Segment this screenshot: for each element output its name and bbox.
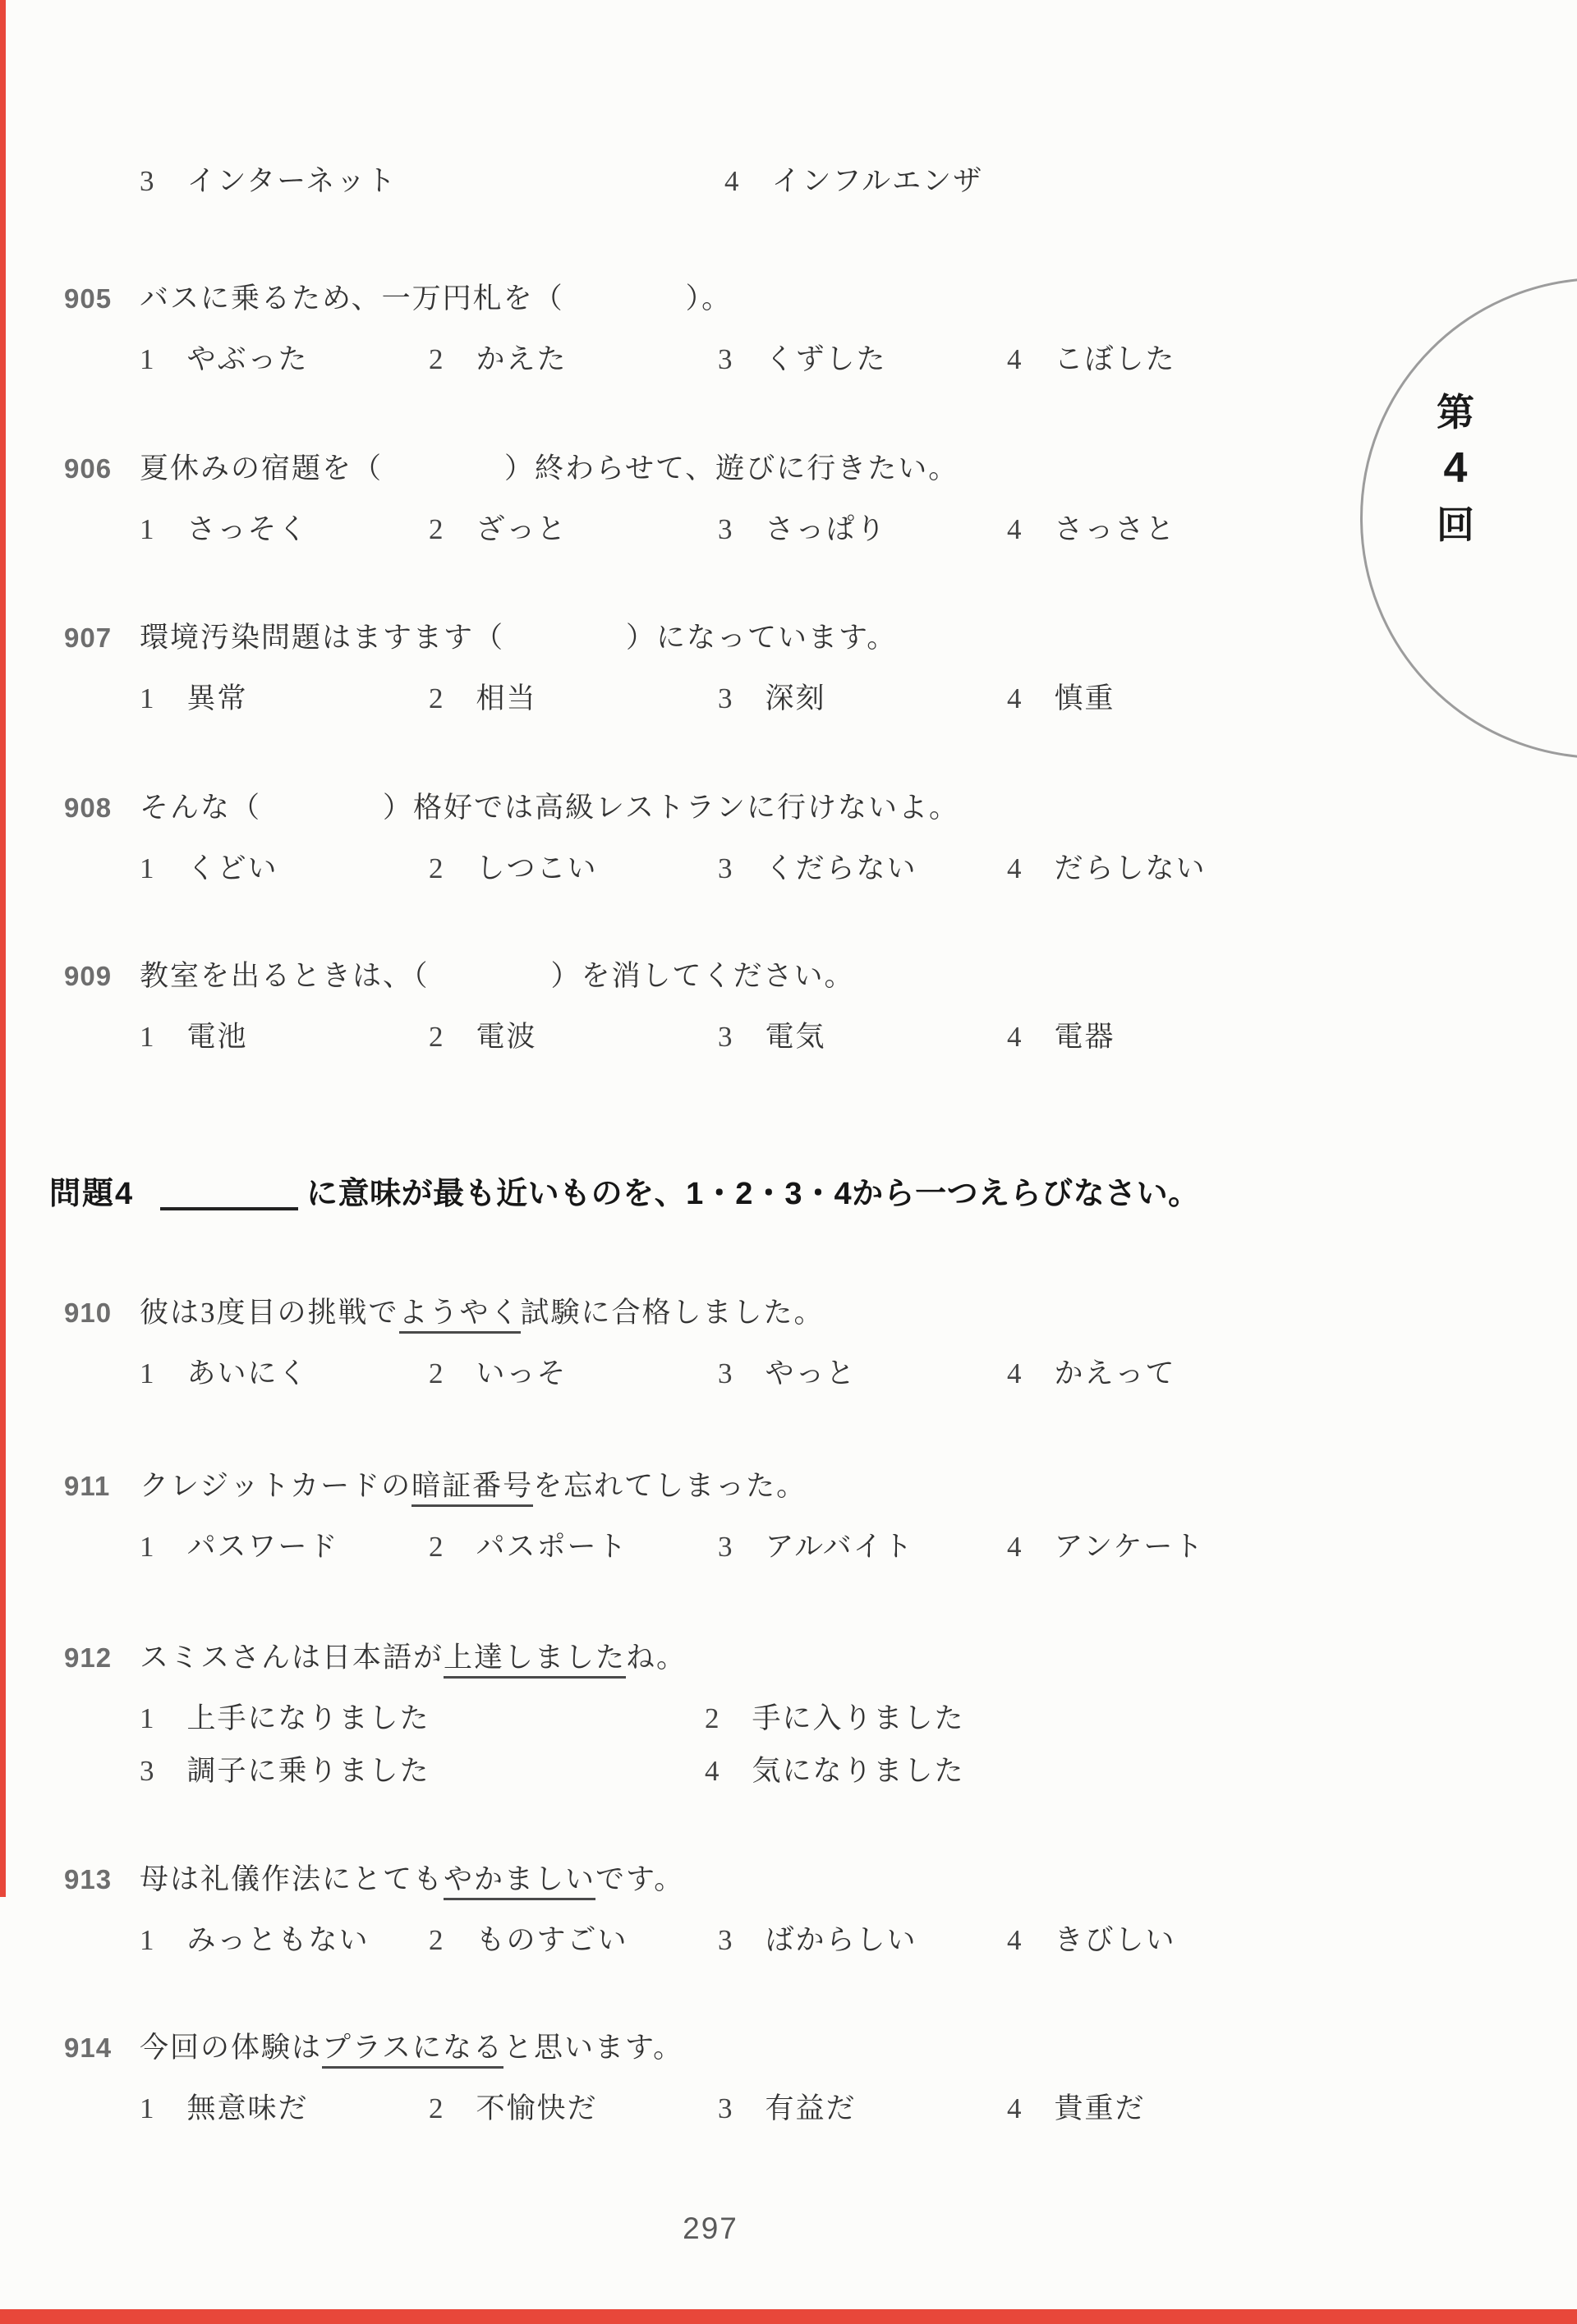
question-row: 911 クレジットカードの暗証番号を忘れてしまった。 (64, 1467, 1345, 1506)
question-sentence: 母は礼儀作法にとてもやかましいです。 (140, 1860, 684, 1899)
question-number: 905 (64, 279, 140, 319)
option-item: 1無意味だ (140, 2090, 429, 2128)
option-label: さっぱり (766, 511, 887, 549)
option-number: 2 (705, 1700, 720, 1738)
question-row: 905 バスに乗るため、一万円札を（ ）。 (64, 279, 1345, 319)
option-item: 1上手になりました (140, 1700, 705, 1738)
sentence-text: 今回の体験は (140, 2032, 322, 2064)
question-sentence: 夏休みの宿題を（ ）終わらせて、遊びに行きたい。 (140, 449, 959, 489)
option-item: 3電気 (718, 1018, 1007, 1056)
underlined-phrase: ようやく (399, 1297, 521, 1334)
option-item: 3くずした (718, 341, 1007, 379)
option-label: さっそく (187, 511, 309, 549)
option-label: さっさと (1055, 511, 1176, 549)
option-label: アルバイト (766, 1528, 914, 1566)
option-number: 2 (429, 1922, 444, 1959)
question-sentence: 環境汚染問題はますます（ ）になっています。 (140, 618, 897, 658)
option-number: 4 (1007, 1528, 1022, 1566)
option-label: 手に入りました (752, 1700, 965, 1738)
question-sentence: クレジットカードの暗証番号を忘れてしまった。 (140, 1467, 807, 1506)
sentence-text: 教室を出るときは、（ ）を消してください。 (140, 960, 855, 992)
options-row: 1パスワード2パスポート3アルバイト4アンケート (64, 1528, 1345, 1566)
options-row: 1上手になりました2手に入りました (64, 1700, 1345, 1738)
option-number: 1 (140, 341, 154, 379)
tab-char: 4 (1423, 441, 1488, 497)
option-rows: 1みっともない2ものすごい3ばからしい4きびしい (64, 1922, 1345, 1959)
option-label: 異常 (187, 680, 248, 718)
option-label: しつこい (476, 850, 598, 888)
option-label: インターネット (187, 163, 398, 200)
option-label: ばからしい (766, 1922, 917, 1959)
option-item: 4かえって (1007, 1355, 1176, 1393)
option-number: 3 (718, 1355, 733, 1393)
option-item: 3やっと (718, 1355, 1007, 1393)
option-label: あいにく (187, 1355, 309, 1393)
question-sentence: 彼は3度目の挑戦でようやく試験に合格しました。 (140, 1293, 825, 1333)
section-instruction: に意味が最も近いものを、1・2・3・4から一つえらびなさい。 (306, 1173, 1200, 1215)
question-number: 914 (64, 2028, 140, 2068)
question-number: 909 (64, 957, 140, 996)
option-number: 2 (429, 850, 444, 888)
section-label: 問題4 (49, 1173, 134, 1215)
scanned-test-page: { "page": { "number": "297" }, "side_tab… (0, 0, 1577, 2324)
sentence-text: スミスさんは日本語が (140, 1642, 444, 1674)
option-number: 2 (429, 1018, 444, 1056)
option-item: 3深刻 (718, 680, 1007, 718)
question-block: 911 クレジットカードの暗証番号を忘れてしまった。 1パスワード2パスポート3… (64, 1467, 1345, 1566)
option-number: 3 (718, 680, 733, 718)
sentence-text: と思います。 (503, 2032, 683, 2064)
option-item: 1あいにく (140, 1355, 429, 1393)
option-label: インフルエンザ (772, 163, 984, 200)
option-item: 2相当 (429, 680, 718, 718)
option-item: 3くだらない (718, 850, 1007, 888)
page-number: 297 (632, 2211, 788, 2246)
option-rows: 1くどい2しつこい3くだらない4だらしない (64, 850, 1345, 888)
option-number: 4 (1007, 850, 1022, 888)
option-label: パスポート (476, 1528, 628, 1566)
option-number: 4 (705, 1752, 720, 1790)
option-item: 4さっさと (1007, 511, 1176, 549)
question-block: 906 夏休みの宿題を（ ）終わらせて、遊びに行きたい。 1さっそく2ざっと3さ… (64, 449, 1345, 549)
option-item: 4きびしい (1007, 1922, 1176, 1959)
option-number: 3 (140, 1752, 154, 1790)
option-item: 2いっそ (429, 1355, 718, 1393)
option-item: 2手に入りました (705, 1700, 1270, 1738)
option-label: やぶった (187, 341, 309, 379)
option-item: 4インフルエンザ (724, 163, 1309, 200)
sentence-text: を忘れてしまった。 (533, 1470, 807, 1502)
option-label: 電池 (187, 1018, 248, 1056)
option-rows: 1やぶった2かえた3くずした4こぼした (64, 341, 1345, 379)
sentence-text: 夏休みの宿題を（ ）終わらせて、遊びに行きたい。 (140, 452, 959, 485)
option-item: 4貴重だ (1007, 2090, 1146, 2128)
question-block: 907 環境汚染問題はますます（ ）になっています。 1異常2相当3深刻4慎重 (64, 618, 1345, 718)
option-number: 2 (429, 1528, 444, 1566)
question-number: 911 (64, 1467, 140, 1506)
question-row: 913 母は礼儀作法にとてもやかましいです。 (64, 1860, 1345, 1899)
option-number: 4 (1007, 341, 1022, 379)
option-item: 2ざっと (429, 511, 718, 549)
option-rows: 1無意味だ2不愉快だ3有益だ4貴重だ (64, 2090, 1345, 2128)
option-item: 3さっぱり (718, 511, 1007, 549)
option-item: 4こぼした (1007, 341, 1176, 379)
option-number: 1 (140, 1355, 154, 1393)
option-label: 電器 (1055, 1018, 1115, 1056)
option-label: 上手になりました (187, 1700, 430, 1738)
option-item: 1みっともない (140, 1922, 429, 1959)
question-number: 913 (64, 1860, 140, 1899)
option-item: 2ものすごい (429, 1922, 718, 1959)
options-row: 1あいにく2いっそ3やっと4かえって (64, 1355, 1345, 1393)
option-number: 2 (429, 341, 444, 379)
option-item: 4だらしない (1007, 850, 1207, 888)
option-number: 2 (429, 511, 444, 549)
option-label: パスワード (187, 1528, 339, 1566)
option-item: 1電池 (140, 1018, 429, 1056)
left-edge-bar (0, 0, 6, 1897)
options-row: 3調子に乗りました4気になりました (64, 1752, 1345, 1790)
option-number: 3 (718, 2090, 733, 2128)
option-rows: 1上手になりました2手に入りました3調子に乗りました4気になりました (64, 1700, 1345, 1790)
option-label: 電波 (476, 1018, 537, 1056)
carryover-options-row: 3インターネット4インフルエンザ (140, 163, 1309, 200)
option-label: アンケート (1055, 1528, 1205, 1566)
question-number: 906 (64, 449, 140, 489)
option-number: 3 (718, 1922, 733, 1959)
option-item: 4慎重 (1007, 680, 1115, 718)
question-row: 908 そんな（ ）格好では高級レストランに行けないよ。 (64, 788, 1345, 828)
option-rows: 1電池2電波3電気4電器 (64, 1018, 1345, 1056)
option-rows: 1異常2相当3深刻4慎重 (64, 680, 1345, 718)
option-label: 慎重 (1055, 680, 1115, 718)
options-row: 1くどい2しつこい3くだらない4だらしない (64, 850, 1345, 888)
bottom-edge-bar (0, 2309, 1577, 2324)
option-label: かえた (476, 341, 568, 379)
option-number: 3 (718, 511, 733, 549)
option-label: だらしない (1055, 850, 1207, 888)
option-number: 1 (140, 680, 154, 718)
option-item: 2不愉快だ (429, 2090, 718, 2128)
options-row: 1さっそく2ざっと3さっぱり4さっさと (64, 511, 1345, 549)
option-number: 3 (718, 341, 733, 379)
sentence-text: 母は礼儀作法にとても (140, 1863, 444, 1895)
option-number: 2 (429, 680, 444, 718)
option-number: 3 (718, 1018, 733, 1056)
sentence-text: 彼は3度目の挑戦で (140, 1297, 399, 1329)
option-number: 1 (140, 1018, 154, 1056)
question-row: 906 夏休みの宿題を（ ）終わらせて、遊びに行きたい。 (64, 449, 1345, 489)
option-item: 2パスポート (429, 1528, 718, 1566)
option-label: くだらない (766, 850, 917, 888)
question-block: 914 今回の体験はプラスになると思います。 1無意味だ2不愉快だ3有益だ4貴重… (64, 2028, 1345, 2128)
sentence-text: ね。 (626, 1642, 687, 1674)
blank-underline (160, 1179, 298, 1210)
option-label: くどい (187, 850, 278, 888)
option-number: 1 (140, 850, 154, 888)
option-label: 深刻 (766, 680, 826, 718)
option-number: 4 (1007, 680, 1022, 718)
question-block: 905 バスに乗るため、一万円札を（ ）。 1やぶった2かえた3くずした4こぼし… (64, 279, 1345, 379)
option-item: 4電器 (1007, 1018, 1115, 1056)
question-block: 909 教室を出るときは、（ ）を消してください。 1電池2電波3電気4電器 (64, 957, 1345, 1056)
option-label: ものすごい (476, 1922, 628, 1959)
option-label: ざっと (476, 511, 568, 549)
option-label: 相当 (476, 680, 537, 718)
question-sentence: 教室を出るときは、（ ）を消してください。 (140, 957, 855, 996)
option-label: かえって (1055, 1355, 1176, 1393)
option-label: やっと (766, 1355, 857, 1393)
underlined-phrase: 上達しました (444, 1642, 626, 1679)
option-item: 4気になりました (705, 1752, 1270, 1790)
question-number: 908 (64, 788, 140, 828)
option-label: 貴重だ (1055, 2090, 1146, 2128)
option-label: いっそ (476, 1355, 568, 1393)
option-item: 1やぶった (140, 341, 429, 379)
underlined-phrase: プラスになる (322, 2032, 503, 2069)
option-number: 3 (718, 850, 733, 888)
options-row: 1やぶった2かえた3くずした4こぼした (64, 341, 1345, 379)
option-item: 1さっそく (140, 511, 429, 549)
question-sentence: バスに乗るため、一万円札を（ ）。 (140, 279, 732, 319)
option-number: 4 (1007, 1018, 1022, 1056)
question-block: 913 母は礼儀作法にとてもやかましいです。 1みっともない2ものすごい3ばから… (64, 1860, 1345, 1959)
question-number: 910 (64, 1293, 140, 1333)
option-item: 1パスワード (140, 1528, 429, 1566)
option-item: 1くどい (140, 850, 429, 888)
option-rows: 1あいにく2いっそ3やっと4かえって (64, 1355, 1345, 1393)
option-number: 3 (718, 1528, 733, 1566)
underlined-phrase: やかましい (444, 1863, 595, 1900)
question-block: 910 彼は3度目の挑戦でようやく試験に合格しました。 1あいにく2いっそ3やっ… (64, 1293, 1345, 1393)
option-number: 2 (429, 2090, 444, 2128)
option-number: 4 (724, 163, 739, 200)
option-number: 4 (1007, 511, 1022, 549)
option-label: きびしい (1055, 1922, 1176, 1959)
section-header: 問題4 に意味が最も近いものを、1・2・3・4から一つえらびなさい。 (49, 1173, 1446, 1215)
option-label: くずした (766, 341, 887, 379)
option-number: 1 (140, 1528, 154, 1566)
option-number: 3 (140, 163, 154, 200)
option-label: 無意味だ (187, 2090, 309, 2128)
round-tab-label: 第4回 (1423, 384, 1488, 553)
question-block: 912 スミスさんは日本語が上達しましたね。 1上手になりました2手に入りました… (64, 1638, 1345, 1790)
question-row: 914 今回の体験はプラスになると思います。 (64, 2028, 1345, 2068)
option-item: 3ばからしい (718, 1922, 1007, 1959)
question-sentence: スミスさんは日本語が上達しましたね。 (140, 1638, 687, 1678)
options-row: 1電池2電波3電気4電器 (64, 1018, 1345, 1056)
question-block: 908 そんな（ ）格好では高級レストランに行けないよ。 1くどい2しつこい3く… (64, 788, 1345, 888)
option-rows: 1さっそく2ざっと3さっぱり4さっさと (64, 511, 1345, 549)
options-row: 1無意味だ2不愉快だ3有益だ4貴重だ (64, 2090, 1345, 2128)
option-item: 1異常 (140, 680, 429, 718)
option-item: 3調子に乗りました (140, 1752, 705, 1790)
option-item: 2電波 (429, 1018, 718, 1056)
option-item: 4アンケート (1007, 1528, 1204, 1566)
option-item: 3アルバイト (718, 1528, 1007, 1566)
sentence-text: です。 (595, 1863, 684, 1895)
question-row: 907 環境汚染問題はますます（ ）になっています。 (64, 618, 1345, 658)
option-label: みっともない (187, 1922, 370, 1959)
sentence-text: そんな（ ）格好では高級レストランに行けないよ。 (140, 792, 959, 824)
option-number: 4 (1007, 1355, 1022, 1393)
options-row: 1異常2相当3深刻4慎重 (64, 680, 1345, 718)
tab-char: 第 (1423, 384, 1488, 441)
sentence-text: クレジットカードの (140, 1470, 411, 1502)
question-number: 907 (64, 618, 140, 658)
option-number: 2 (429, 1355, 444, 1393)
question-sentence: 今回の体験はプラスになると思います。 (140, 2028, 683, 2068)
option-number: 1 (140, 2090, 154, 2128)
question-row: 910 彼は3度目の挑戦でようやく試験に合格しました。 (64, 1293, 1345, 1333)
option-number: 4 (1007, 2090, 1022, 2128)
option-number: 1 (140, 511, 154, 549)
option-rows: 1パスワード2パスポート3アルバイト4アンケート (64, 1528, 1345, 1566)
option-item: 3インターネット (140, 163, 724, 200)
option-label: 調子に乗りました (187, 1752, 430, 1790)
option-label: 電気 (766, 1018, 826, 1056)
question-row: 912 スミスさんは日本語が上達しましたね。 (64, 1638, 1345, 1678)
question-row: 909 教室を出るときは、（ ）を消してください。 (64, 957, 1345, 996)
question-number: 912 (64, 1638, 140, 1678)
option-number: 1 (140, 1922, 154, 1959)
underlined-phrase: 暗証番号 (411, 1470, 533, 1507)
tab-char: 回 (1423, 497, 1488, 553)
option-item: 3有益だ (718, 2090, 1007, 2128)
option-label: 不愉快だ (476, 2090, 598, 2128)
option-number: 1 (140, 1700, 154, 1738)
option-label: 気になりました (752, 1752, 965, 1790)
sentence-text: 試験に合格しました。 (521, 1297, 825, 1329)
option-label: こぼした (1055, 341, 1176, 379)
sentence-text: バスに乗るため、一万円札を（ ）。 (140, 282, 732, 315)
question-sentence: そんな（ ）格好では高級レストランに行けないよ。 (140, 788, 959, 828)
sentence-text: 環境汚染問題はますます（ ）になっています。 (140, 622, 897, 654)
option-item: 2しつこい (429, 850, 718, 888)
option-label: 有益だ (766, 2090, 857, 2128)
option-number: 4 (1007, 1922, 1022, 1959)
option-item: 2かえた (429, 341, 718, 379)
options-row: 1みっともない2ものすごい3ばからしい4きびしい (64, 1922, 1345, 1959)
